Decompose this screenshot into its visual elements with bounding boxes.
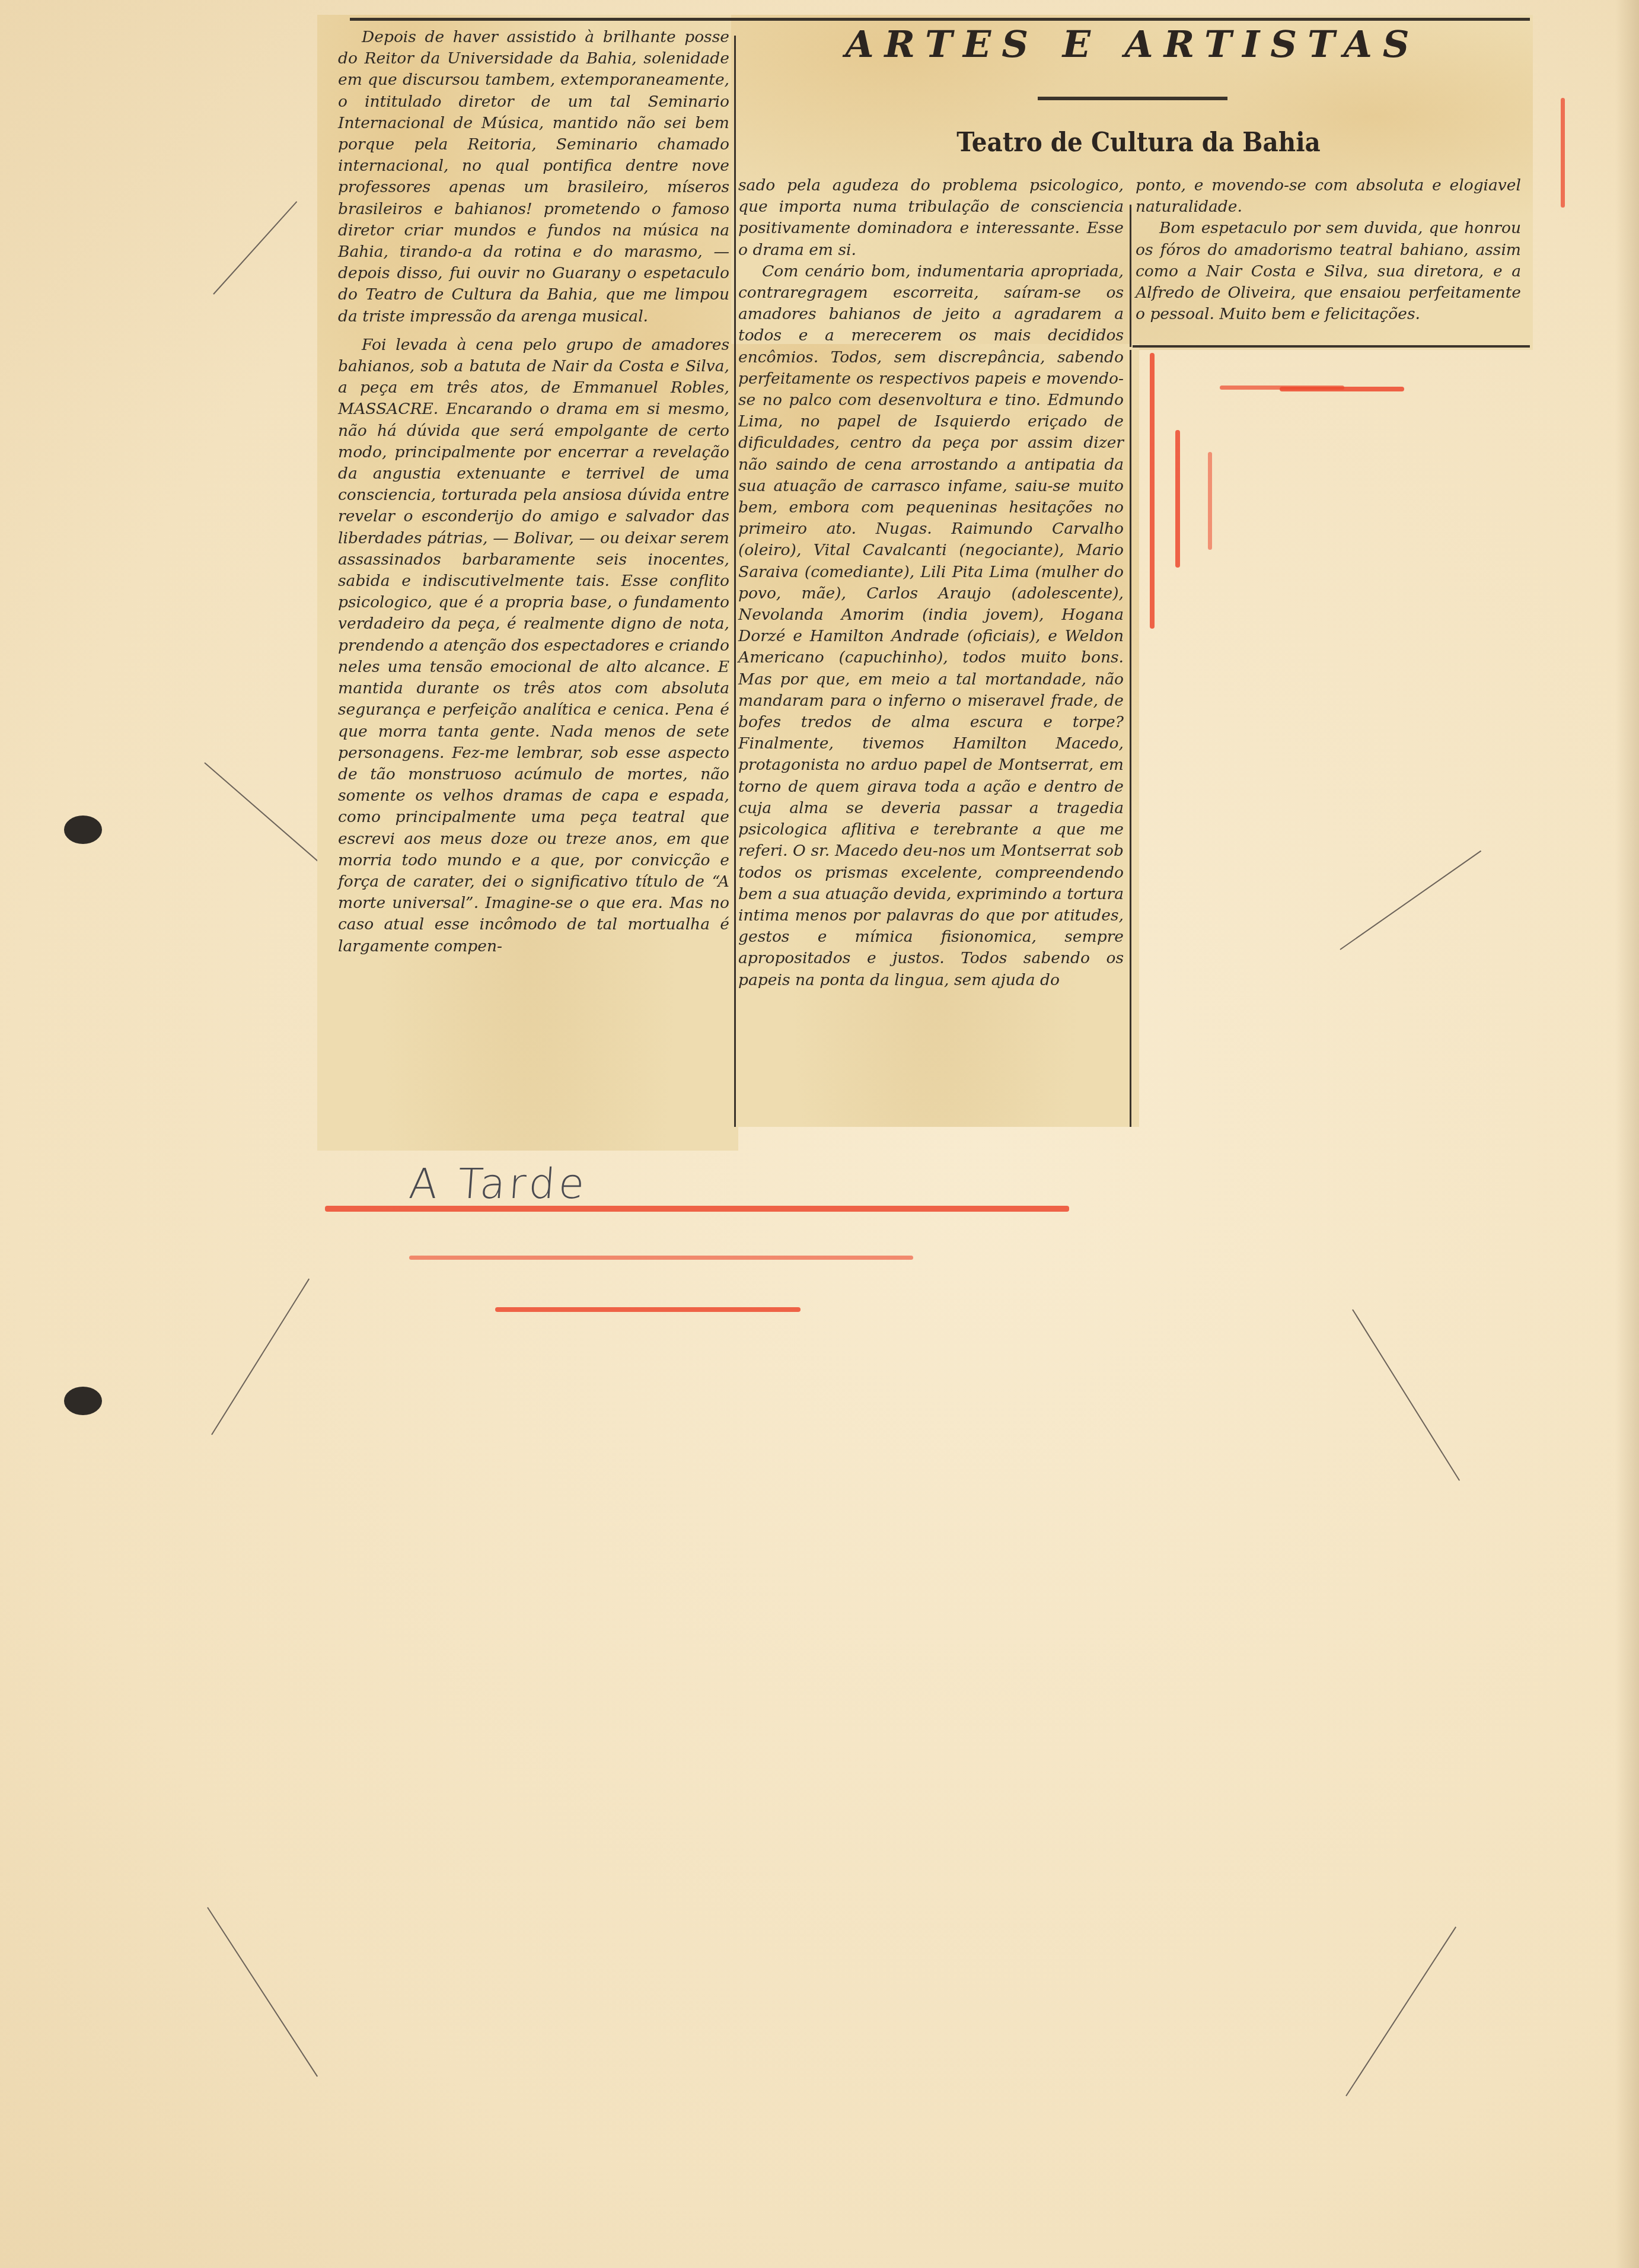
column-rule-1 [734, 36, 736, 1127]
column-rule-2 [1130, 205, 1131, 347]
clipping-top-rule [350, 18, 1530, 21]
clipping-bottom-rule-right [1133, 345, 1530, 348]
paragraph: Depois de haver assistido à brilhante po… [338, 27, 729, 327]
paragraph: Foi levada à cena pelo grupo de amadores… [338, 335, 729, 957]
article-column-2: sado pela agudeza do problema psicologic… [738, 175, 1124, 991]
punch-hole-top [64, 816, 102, 844]
page-edge-shadow [1615, 0, 1639, 2268]
section-title-underline [1038, 97, 1227, 100]
red-pencil-line-horizontal-2 [409, 1256, 913, 1260]
red-pencil-line-vertical-far-right [1561, 98, 1565, 208]
handwritten-source-note: A Tarde [407, 1160, 589, 1208]
column-rule-3 [1130, 350, 1131, 1127]
punch-hole-bottom [64, 1387, 102, 1415]
pencil-corner-mark-left-bottom [207, 1907, 318, 2076]
section-title: ARTES E ARTISTAS [771, 23, 1494, 66]
paragraph: Bom espetaculo por sem duvida, que honro… [1136, 218, 1521, 325]
red-pencil-line-right-under-clip [1280, 387, 1404, 391]
article-column-3: ponto, e movendo-se com absoluta e elogi… [1136, 175, 1521, 325]
pencil-corner-mark-right-upper [1340, 850, 1481, 950]
pencil-corner-mark-right-bottom [1345, 1926, 1456, 2096]
red-pencil-line-vertical-1 [1150, 353, 1155, 629]
red-pencil-line-vertical-3 [1208, 452, 1212, 550]
paragraph: sado pela agudeza do problema psicologic… [738, 175, 1124, 261]
red-pencil-line-horizontal-3 [495, 1307, 801, 1312]
article-headline: Teatro de Cultura da Bahia [817, 128, 1461, 158]
pencil-corner-mark-right-lower-top [1352, 1309, 1460, 1480]
red-pencil-line-horizontal-1 [325, 1206, 1069, 1212]
paragraph: Com cenário bom, indumentaria apropriada… [738, 261, 1124, 991]
pencil-corner-mark-left-lower-top [211, 1279, 310, 1435]
paragraph: ponto, e movendo-se com absoluta e elogi… [1136, 175, 1521, 218]
article-column-1: Depois de haver assistido à brilhante po… [338, 27, 729, 957]
red-pencil-line-vertical-2 [1175, 430, 1180, 568]
pencil-corner-mark-left-top [213, 201, 297, 294]
